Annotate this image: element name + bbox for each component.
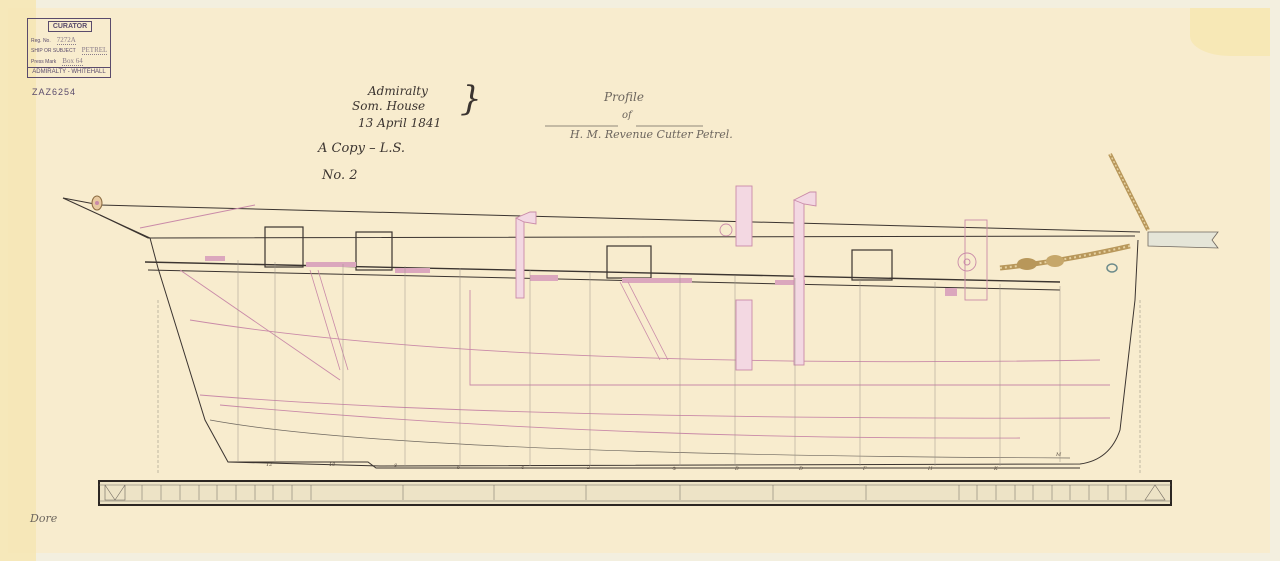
svg-text:B: B bbox=[734, 466, 739, 472]
frame-lines bbox=[158, 300, 1140, 475]
ladder bbox=[310, 270, 668, 370]
svg-text:⊕: ⊕ bbox=[672, 466, 676, 472]
ship-profile-drawing: 12108 642 ⊕BD FHK M bbox=[0, 0, 1280, 561]
svg-text:10: 10 bbox=[329, 462, 336, 468]
svg-text:K: K bbox=[993, 466, 998, 472]
figurehead bbox=[92, 196, 102, 210]
svg-text:F: F bbox=[862, 466, 867, 472]
hull-outline bbox=[63, 198, 1140, 468]
svg-text:8: 8 bbox=[394, 463, 397, 469]
bowsprit bbox=[1148, 232, 1218, 248]
svg-text:2: 2 bbox=[586, 465, 590, 471]
frame-labels: 12108 642 ⊕BD FHK M bbox=[266, 452, 1062, 472]
svg-text:H: H bbox=[927, 466, 933, 472]
scale-bar bbox=[99, 481, 1171, 505]
interior-structure bbox=[140, 205, 1110, 438]
svg-text:4: 4 bbox=[520, 465, 524, 471]
anchor-cable bbox=[1000, 154, 1148, 272]
svg-text:M: M bbox=[1055, 452, 1062, 458]
svg-text:D: D bbox=[798, 466, 803, 472]
svg-text:12: 12 bbox=[266, 462, 272, 468]
